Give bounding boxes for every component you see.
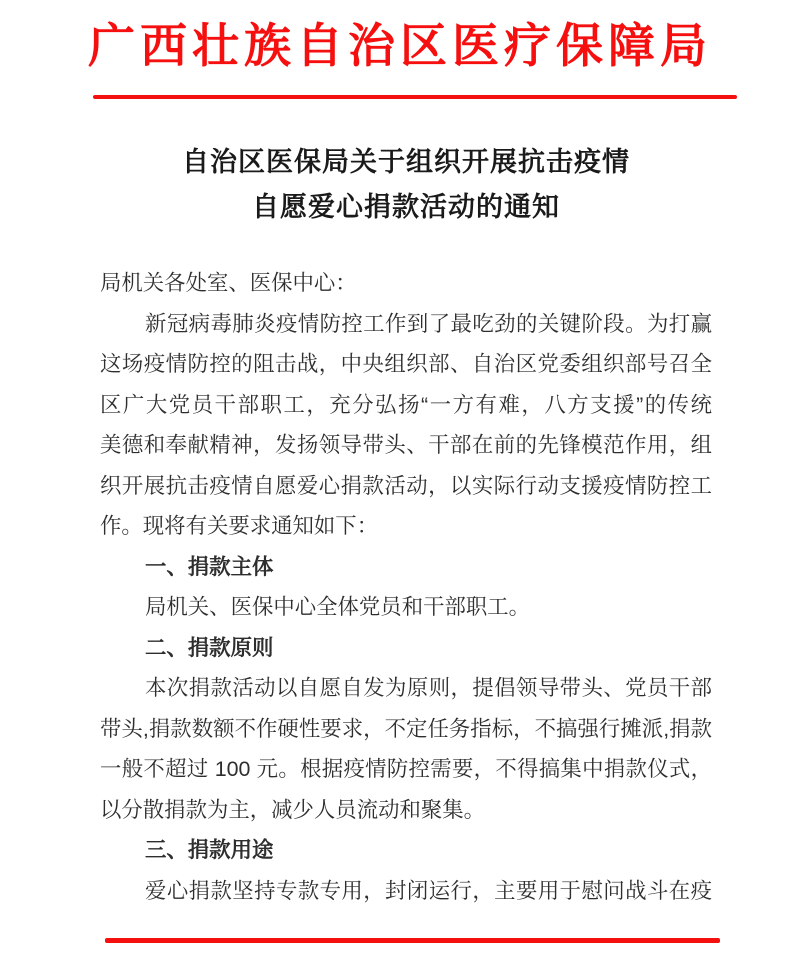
document-title-line-1: 自治区医保局关于组织开展抗击疫情 (100, 140, 712, 185)
body-line: 区广大党员干部职工，充分弘扬“一方有难，八方支援”的传统 (100, 385, 712, 426)
body-line: 局机关、医保中心全体党员和干部职工。 (100, 587, 712, 628)
body-line: 新冠病毒肺炎疫情防控工作到了最吃劲的关键阶段。为打赢 (100, 304, 712, 345)
body-line: 带头,捐款数额不作硬性要求，不定任务指标，不搞强行摊派,捐款 (100, 709, 712, 750)
section-heading-3: 三、捐款用途 (100, 830, 712, 871)
body-line: 织开展抗击疫情自愿爱心捐款活动，以实际行动支援疫情防控工 (100, 466, 712, 507)
body-line: 爱心捐款坚持专款专用，封闭运行，主要用于慰问战斗在疫 (100, 871, 712, 912)
body-line: 美德和奉献精神，发扬领导带头、干部在前的先锋模范作用，组 (100, 425, 712, 466)
section-heading-2: 二、捐款原则 (100, 628, 712, 669)
section-heading-1: 一、捐款主体 (100, 547, 712, 588)
letterhead-agency-name: 广西壮族自治区医疗保障局 (0, 20, 800, 72)
document-page: 广西壮族自治区医疗保障局 自治区医保局关于组织开展抗击疫情 自愿爱心捐款活动的通… (0, 0, 800, 955)
document-title: 自治区医保局关于组织开展抗击疫情 自愿爱心捐款活动的通知 (100, 140, 712, 230)
salutation-line: 局机关各处室、医保中心： (100, 263, 712, 304)
body-line: 以分散捐款为主，减少人员流动和聚集。 (100, 790, 712, 831)
body-line: 作。现将有关要求通知如下： (100, 506, 712, 547)
page-footer-divider (105, 938, 720, 943)
body-line: 这场疫情防控的阻击战，中央组织部、自治区党委组织部号召全 (100, 344, 712, 385)
letterhead-divider (93, 95, 737, 99)
document-title-line-2: 自愿爱心捐款活动的通知 (100, 185, 712, 230)
body-line: 本次捐款活动以自愿自发为原则，提倡领导带头、党员干部 (100, 668, 712, 709)
document-body: 局机关各处室、医保中心： 新冠病毒肺炎疫情防控工作到了最吃劲的关键阶段。为打赢 … (100, 263, 712, 911)
body-line: 一般不超过 100 元。根据疫情防控需要，不得搞集中捐款仪式， (100, 749, 712, 790)
